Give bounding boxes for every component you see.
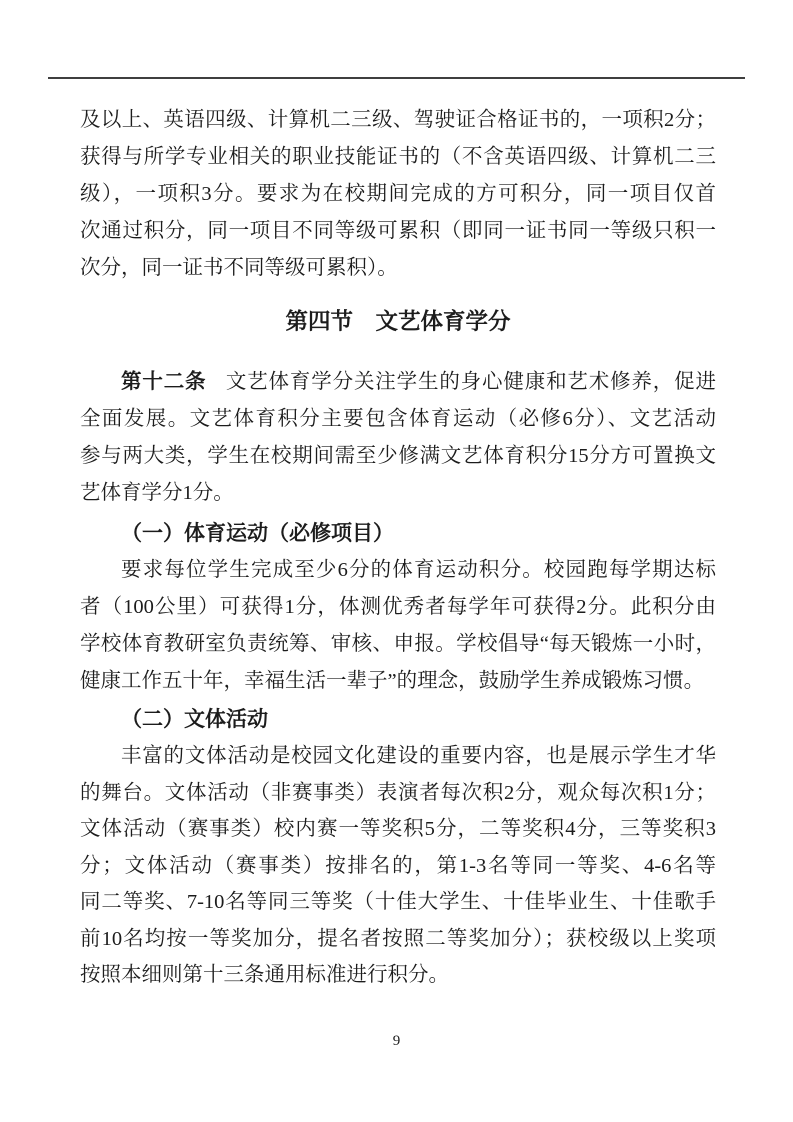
article-12-paragraph: 第十二条文艺体育学分关注学生的身心健康和艺术修养，促进 全面发展。文艺体育积分主… [80, 364, 716, 512]
body-line: 丰富的文体活动是校园文化建设的重要内容，也是展示学生才华 [80, 738, 716, 775]
body-line: 者（100公里）可获得1分，体测优秀者每学年可获得2分。此积分由 [80, 589, 716, 626]
body-line: 按照本细则第十三条通用标准进行积分。 [80, 957, 716, 994]
sports-heading-block: （一）体育运动（必修项目） [80, 515, 716, 552]
body-line: 的舞台。文体活动（非赛事类）表演者每次积2分，观众每次积1分； [80, 775, 716, 812]
body-line: 参与两大类，学生在校期间需至少修满文艺体育积分15分方可置换文 [80, 438, 716, 475]
page-number: 9 [0, 1031, 793, 1051]
sports-heading: （一）体育运动（必修项目） [80, 515, 716, 552]
document-page: 及以上、英语四级、计算机二三级、驾驶证合格证书的，一项积2分； 获得与所学专业相… [0, 0, 793, 1122]
body-line: 次通过积分，同一项目不同等级可累积（即同一证书同一等级只积一 [80, 213, 716, 250]
activities-paragraph: 丰富的文体活动是校园文化建设的重要内容，也是展示学生才华 的舞台。文体活动（非赛… [80, 738, 716, 994]
body-line: 艺体育学分1分。 [80, 475, 716, 512]
body-line-text: 文艺体育学分关注学生的身心健康和艺术修养，促进 [226, 371, 716, 393]
body-line: 级），一项积3分。要求为在校期间完成的方可积分，同一项目仅首 [80, 176, 716, 213]
body-line: 健康工作五十年，幸福生活一辈子”的理念，鼓励学生养成锻炼习惯。 [80, 663, 716, 700]
body-line: 第十二条文艺体育学分关注学生的身心健康和艺术修养，促进 [80, 364, 716, 401]
article-number: 第十二条 [121, 371, 206, 393]
body-line: 同二等奖、7-10名等同三等奖（十佳大学生、十佳毕业生、十佳歌手 [80, 884, 716, 921]
body-line: 分；文体活动（赛事类）按排名的，第1-3名等同一等奖、4-6名等 [80, 848, 716, 885]
activities-heading: （二）文体活动 [80, 701, 716, 738]
body-line: 前10名均按一等奖加分，提名者按照二等奖加分）；获校级以上奖项 [80, 921, 716, 958]
continuation-paragraph: 及以上、英语四级、计算机二三级、驾驶证合格证书的，一项积2分； 获得与所学专业相… [80, 102, 716, 287]
sports-paragraph: 要求每位学生完成至少6分的体育运动积分。校园跑每学期达标 者（100公里）可获得… [80, 552, 716, 700]
body-line: 学校体育教研室负责统筹、审核、申报。学校倡导“每天锻炼一小时， [80, 626, 716, 663]
section-title-block: 第四节 文艺体育学分 [80, 303, 716, 341]
body-line: 要求每位学生完成至少6分的体育运动积分。校园跑每学期达标 [80, 552, 716, 589]
header-rule [48, 77, 745, 79]
body-line: 次分，同一证书不同等级可累积）。 [80, 250, 716, 287]
body-line: 文体活动（赛事类）校内赛一等奖积5分，二等奖积4分，三等奖积3 [80, 811, 716, 848]
body-line: 获得与所学专业相关的职业技能证书的（不含英语四级、计算机二三 [80, 139, 716, 176]
body-line: 全面发展。文艺体育积分主要包含体育运动（必修6分）、文艺活动 [80, 401, 716, 438]
section-title: 第四节 文艺体育学分 [80, 303, 716, 341]
body-line: 及以上、英语四级、计算机二三级、驾驶证合格证书的，一项积2分； [80, 102, 716, 139]
activities-heading-block: （二）文体活动 [80, 701, 716, 738]
